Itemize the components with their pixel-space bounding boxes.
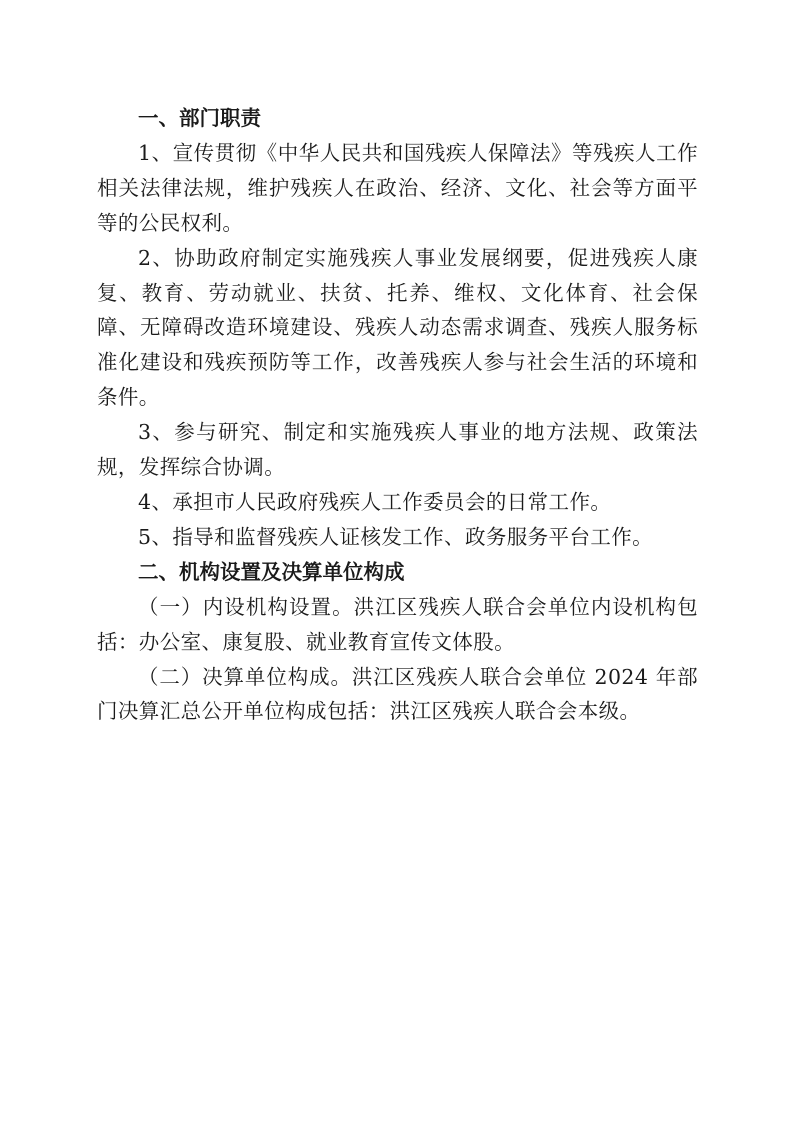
section-department-duties: 一、部门职责 1、宣传贯彻《中华人民共和国残疾人保障法》等残疾人工作相关法律法规… xyxy=(97,101,698,555)
duty-paragraph-5: 5、指导和监督残疾人证核发工作、政务服务平台工作。 xyxy=(97,520,698,555)
structure-paragraph-2: （二）决算单位构成。洪江区残疾人联合会单位 2024 年部门决算汇总公开单位构成… xyxy=(97,660,698,730)
section-heading: 一、部门职责 xyxy=(97,101,698,136)
duty-paragraph-4: 4、承担市人民政府残疾人工作委员会的日常工作。 xyxy=(97,485,698,520)
document-page: 一、部门职责 1、宣传贯彻《中华人民共和国残疾人保障法》等残疾人工作相关法律法规… xyxy=(97,101,698,729)
section-organization-structure: 二、机构设置及决算单位构成 （一）内设机构设置。洪江区残疾人联合会单位内设机构包… xyxy=(97,555,698,730)
structure-paragraph-1: （一）内设机构设置。洪江区残疾人联合会单位内设机构包括：办公室、康复股、就业教育… xyxy=(97,590,698,660)
section-heading: 二、机构设置及决算单位构成 xyxy=(97,555,698,590)
duty-paragraph-3: 3、参与研究、制定和实施残疾人事业的地方法规、政策法规，发挥综合协调。 xyxy=(97,415,698,485)
duty-paragraph-2: 2、协助政府制定实施残疾人事业发展纲要，促进残疾人康复、教育、劳动就业、扶贫、托… xyxy=(97,241,698,416)
duty-paragraph-1: 1、宣传贯彻《中华人民共和国残疾人保障法》等残疾人工作相关法律法规，维护残疾人在… xyxy=(97,136,698,241)
